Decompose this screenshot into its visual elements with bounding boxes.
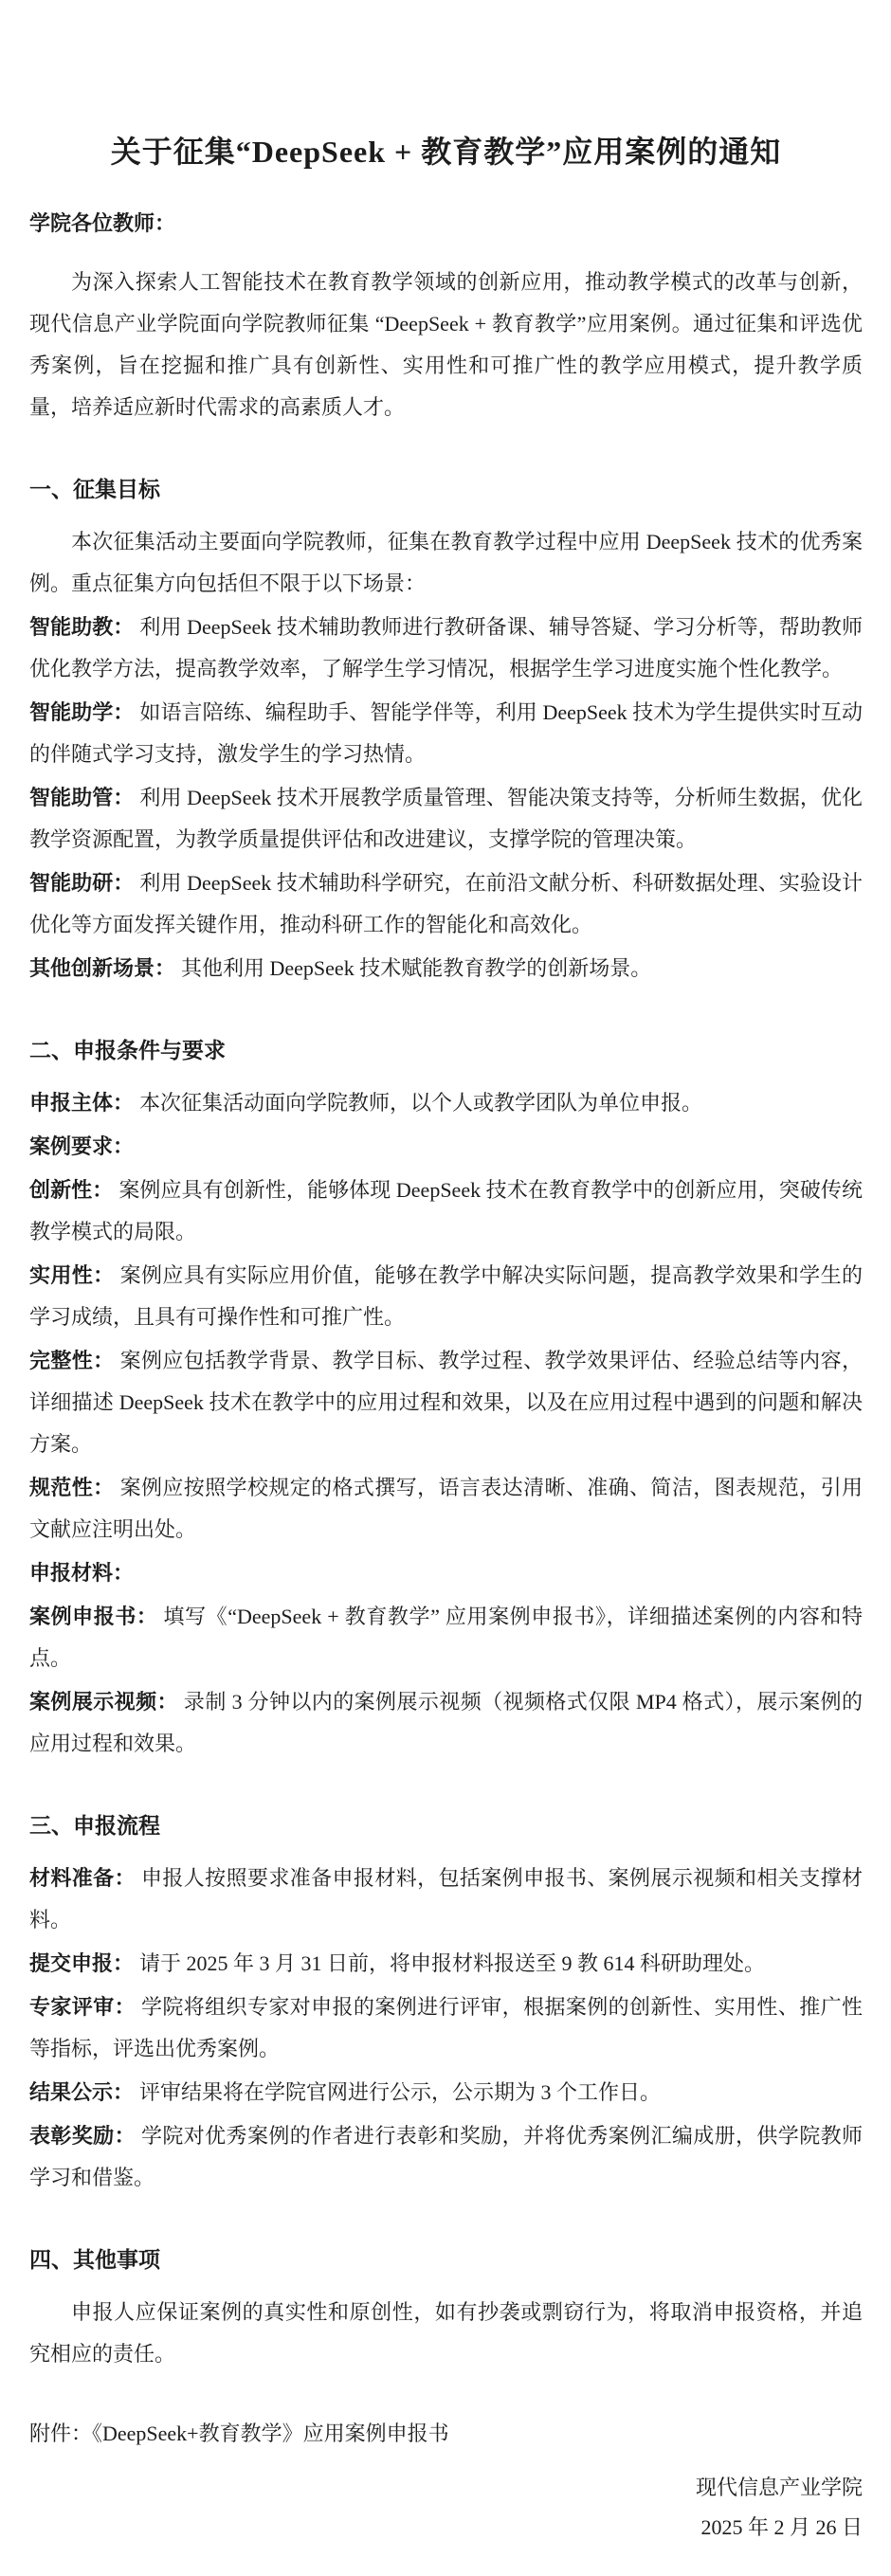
attachment-line: 附件：《DeepSeek+教育教学》应用案例申报书 [29, 2413, 863, 2455]
list-item: 表彰奖励：学院对优秀案例的作者进行表彰和奖励，并将优秀案例汇编成册，供学院教师学… [29, 2115, 863, 2199]
item-text: 学院将组织专家对申报的案例进行评审，根据案例的创新性、实用性、推广性等指标，评选… [29, 1995, 863, 2060]
item-text: 申报人按照要求准备申报材料，包括案例申报书、案例展示视频和相关支撑材料。 [29, 1866, 863, 1932]
item-text: 利用 DeepSeek 技术开展教学质量管理、智能决策支持等，分析师生数据，优化… [29, 786, 863, 851]
item-label: 案例要求： [29, 1134, 139, 1158]
intro-paragraph: 为深入探索人工智能技术在教育教学领域的创新应用，推动教学模式的改革与创新，现代信… [29, 262, 863, 428]
section-1-heading: 一、征集目标 [29, 468, 863, 510]
item-label: 其他创新场景： [29, 956, 181, 980]
section-4-paragraph: 申报人应保证案例的真实性和原创性，如有抄袭或剽窃行为，将取消申报资格，并追究相应… [29, 2292, 863, 2375]
signature-org: 现代信息产业学院 [29, 2468, 863, 2508]
item-label: 智能助研： [29, 871, 139, 895]
notice-document: 关于征集“DeepSeek + 教育教学”应用案例的通知 学院各位教师： 为深入… [0, 0, 891, 2576]
item-text: 评审结果将在学院官网进行公示，公示期为 3 个工作日。 [139, 2080, 661, 2104]
item-text: 案例应具有实际应用价值，能够在教学中解决实际问题，提高教学效果和学生的学习成绩，… [29, 1263, 863, 1329]
item-label: 完整性： [29, 1349, 120, 1372]
list-item: 专家评审：学院将组织专家对申报的案例进行评审，根据案例的创新性、实用性、推广性等… [29, 1986, 863, 2070]
signature-date: 2025 年 2 月 26 日 [29, 2508, 863, 2548]
section-1-lead: 本次征集活动主要面向学院教师，征集在教育教学过程中应用 DeepSeek 技术的… [29, 521, 863, 605]
item-label: 专家评审： [29, 1995, 141, 2019]
item-label: 创新性： [29, 1178, 118, 1202]
item-label: 规范性： [29, 1476, 120, 1499]
section-collection-goals: 一、征集目标 本次征集活动主要面向学院教师，征集在教育教学过程中应用 DeepS… [29, 468, 863, 989]
item-label: 案例申报书： [29, 1605, 164, 1628]
page-title: 关于征集“DeepSeek + 教育教学”应用案例的通知 [29, 129, 863, 174]
item-label: 实用性： [29, 1263, 120, 1287]
item-text: 请于 2025 年 3 月 31 日前，将申报材料报送至 9 教 614 科研助… [139, 1951, 765, 1975]
list-item: 申报主体：本次征集活动面向学院教师，以个人或教学团队为单位申报。 [29, 1082, 863, 1124]
item-label: 智能助教： [29, 615, 139, 639]
section-application-process: 三、申报流程 材料准备：申报人按照要求准备申报材料，包括案例申报书、案例展示视频… [29, 1805, 863, 2199]
item-text: 案例应具有创新性，能够体现 DeepSeek 技术在教育教学中的创新应用，突破传… [29, 1178, 863, 1243]
item-text: 本次征集活动面向学院教师，以个人或教学团队为单位申报。 [139, 1091, 702, 1115]
list-item: 智能助教：利用 DeepSeek 技术辅助教师进行教研备课、辅导答疑、学习分析等… [29, 607, 863, 690]
list-item: 规范性：案例应按照学校规定的格式撰写，语言表达清晰、准确、简洁，图表规范，引用文… [29, 1467, 863, 1551]
item-text: 利用 DeepSeek 技术辅助科学研究，在前沿文献分析、科研数据处理、实验设计… [29, 871, 863, 936]
list-item: 案例要求： [29, 1126, 863, 1168]
list-item: 案例展示视频：录制 3 分钟以内的案例展示视频（视频格式仅限 MP4 格式），展… [29, 1681, 863, 1765]
list-item: 完整性：案例应包括教学背景、教学目标、教学过程、教学效果评估、经验总结等内容，详… [29, 1340, 863, 1465]
list-item: 提交申报：请于 2025 年 3 月 31 日前，将申报材料报送至 9 教 61… [29, 1943, 863, 1985]
list-item: 智能助研：利用 DeepSeek 技术辅助科学研究，在前沿文献分析、科研数据处理… [29, 862, 863, 946]
list-item: 申报材料： [29, 1552, 863, 1594]
item-label: 结果公示： [29, 2080, 139, 2104]
list-item: 创新性：案例应具有创新性，能够体现 DeepSeek 技术在教育教学中的创新应用… [29, 1170, 863, 1253]
section-2-heading: 二、申报条件与要求 [29, 1029, 863, 1071]
list-item: 其他创新场景：其他利用 DeepSeek 技术赋能教育教学的创新场景。 [29, 948, 863, 989]
section-4-heading: 四、其他事项 [29, 2239, 863, 2280]
item-text: 案例应包括教学背景、教学目标、教学过程、教学效果评估、经验总结等内容，详细描述 … [29, 1349, 863, 1456]
section-3-heading: 三、申报流程 [29, 1805, 863, 1846]
section-application-requirements: 二、申报条件与要求 申报主体：本次征集活动面向学院教师，以个人或教学团队为单位申… [29, 1029, 863, 1765]
item-text: 其他利用 DeepSeek 技术赋能教育教学的创新场景。 [181, 956, 651, 980]
item-label: 申报主体： [29, 1091, 139, 1115]
list-item: 结果公示：评审结果将在学院官网进行公示，公示期为 3 个工作日。 [29, 2072, 863, 2113]
item-label: 智能助管： [29, 786, 139, 809]
list-item: 材料准备：申报人按照要求准备申报材料，包括案例申报书、案例展示视频和相关支撑材料… [29, 1858, 863, 1941]
item-label: 材料准备： [29, 1866, 141, 1890]
salutation: 学院各位教师： [29, 203, 863, 245]
item-label: 智能助学： [29, 700, 139, 724]
list-item: 智能助管：利用 DeepSeek 技术开展教学质量管理、智能决策支持等，分析师生… [29, 777, 863, 861]
item-text: 如语言陪练、编程助手、智能学伴等，利用 DeepSeek 技术为学生提供实时互动… [29, 700, 863, 766]
item-label: 申报材料： [29, 1561, 139, 1585]
list-item: 案例申报书：填写《“DeepSeek + 教育教学” 应用案例申报书》，详细描述… [29, 1596, 863, 1679]
section-other-matters: 四、其他事项 申报人应保证案例的真实性和原创性，如有抄袭或剽窃行为，将取消申报资… [29, 2239, 863, 2375]
item-text: 学院对优秀案例的作者进行表彰和奖励，并将优秀案例汇编成册，供学院教师学习和借鉴。 [29, 2124, 863, 2189]
item-text: 案例应按照学校规定的格式撰写，语言表达清晰、准确、简洁，图表规范，引用文献应注明… [29, 1476, 863, 1541]
list-item: 智能助学：如语言陪练、编程助手、智能学伴等，利用 DeepSeek 技术为学生提… [29, 692, 863, 775]
item-label: 案例展示视频： [29, 1690, 184, 1714]
item-text: 利用 DeepSeek 技术辅助教师进行教研备课、辅导答疑、学习分析等，帮助教师… [29, 615, 863, 680]
item-label: 表彰奖励： [29, 2124, 141, 2148]
list-item: 实用性：案例应具有实际应用价值，能够在教学中解决实际问题，提高教学效果和学生的学… [29, 1255, 863, 1338]
item-label: 提交申报： [29, 1951, 139, 1975]
